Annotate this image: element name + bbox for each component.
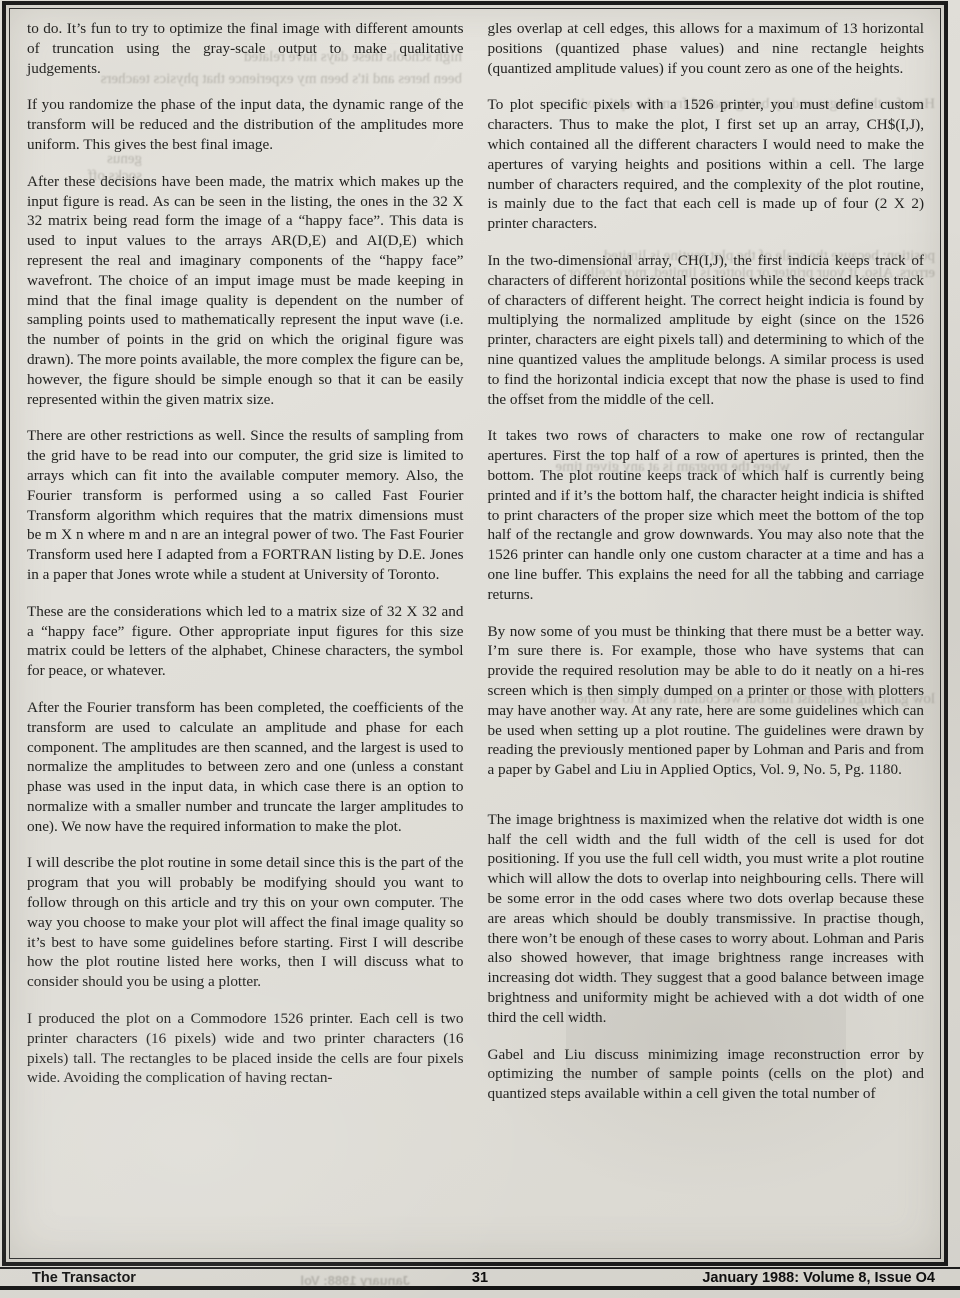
paragraph: I will describe the plot routine in some… bbox=[27, 853, 464, 992]
page-content-area: to do. It’s fun to try to optimize the f… bbox=[9, 8, 941, 1259]
paragraph: To plot specific pixels with a 1526 prin… bbox=[488, 95, 925, 234]
paragraph: I produced the plot on a Commodore 1526 … bbox=[27, 1009, 464, 1088]
column-left: to do. It’s fun to try to optimize the f… bbox=[27, 19, 464, 1258]
footer-magazine-title: The Transactor bbox=[32, 1270, 136, 1286]
paragraph: There are other restrictions as well. Si… bbox=[27, 426, 464, 584]
paragraph: gles overlap at cell edges, this allows … bbox=[488, 19, 925, 78]
paragraph: It takes two rows of characters to make … bbox=[488, 426, 925, 604]
paragraph: Gabel and Liu discuss minimizing image r… bbox=[488, 1045, 925, 1104]
paragraph: If you randomize the phase of the input … bbox=[27, 95, 464, 154]
magazine-page: high schools these days have related bee… bbox=[2, 1, 948, 1266]
paragraph: The image brightness is maximized when t… bbox=[488, 810, 925, 1028]
paragraph: These are the considerations which led t… bbox=[27, 602, 464, 681]
paragraph: After the Fourier transform has been com… bbox=[27, 698, 464, 837]
footer-issue-info: January 1988: Volume 8, Issue O4 bbox=[702, 1270, 935, 1286]
paragraph: to do. It’s fun to try to optimize the f… bbox=[27, 19, 464, 78]
page-footer: January 1988: Vol The Transactor 31 Janu… bbox=[0, 1267, 960, 1290]
paragraph: In the two-dimensional array, CH(I,J), t… bbox=[488, 251, 925, 409]
paragraph: After these decisions have been made, th… bbox=[27, 172, 464, 410]
column-right: gles overlap at cell edges, this allows … bbox=[488, 19, 925, 1258]
paragraph: By now some of you must be thinking that… bbox=[488, 622, 925, 780]
